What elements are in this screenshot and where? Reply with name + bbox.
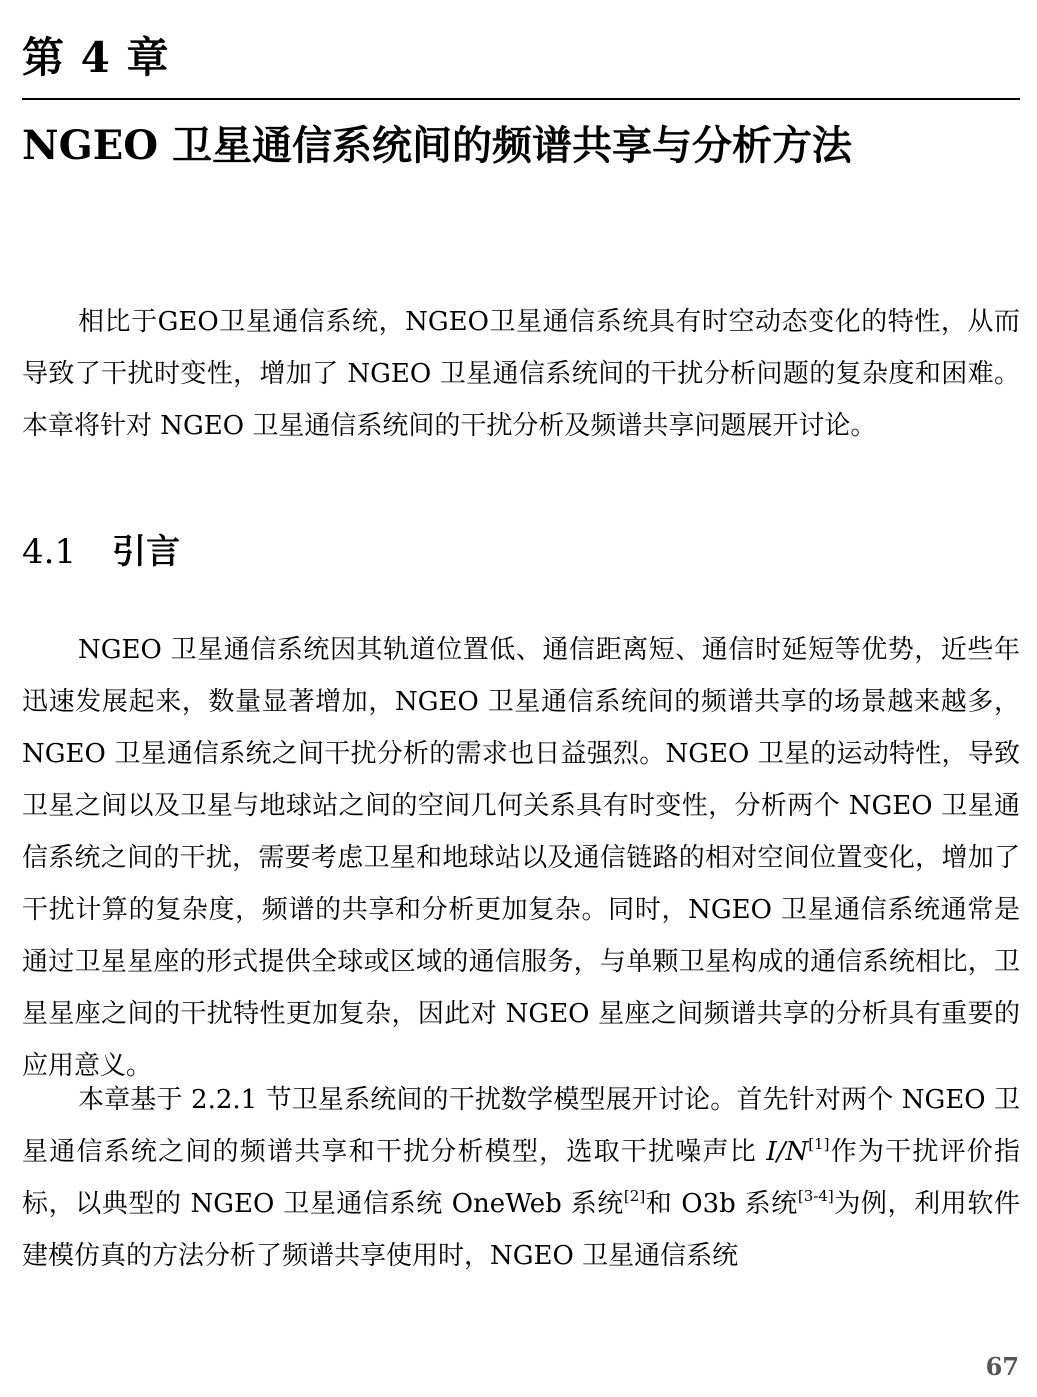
metric-symbol: I/N: [766, 1137, 808, 1167]
section-paragraph-1: NGEO 卫星通信系统因其轨道位置低、通信距离短、通信时延短等优势，近些年迅速发…: [22, 624, 1020, 1092]
page-number: 67: [986, 1352, 1019, 1381]
citation-ref: [3-4]: [798, 1187, 834, 1205]
section-heading: 4.1引言: [22, 528, 180, 576]
chapter-divider: [22, 98, 1020, 100]
chapter-title: NGEO 卫星通信系统间的频谱共享与分析方法: [22, 118, 852, 174]
paragraph-text: 和 O3b 系统: [645, 1189, 798, 1219]
section-number: 4.1: [22, 532, 76, 572]
chapter-label: 第 4 章: [22, 28, 169, 88]
section-title: 引言: [112, 532, 180, 572]
intro-paragraph: 相比于GEO卫星通信系统，NGEO卫星通信系统具有时空动态变化的特性，从而导致了…: [22, 296, 1020, 452]
citation-ref: [1]: [808, 1135, 829, 1153]
citation-ref: [2]: [624, 1187, 645, 1205]
section-paragraph-2: 本章基于 2.2.1 节卫星系统间的干扰数学模型展开讨论。首先针对两个 NGEO…: [22, 1074, 1020, 1282]
